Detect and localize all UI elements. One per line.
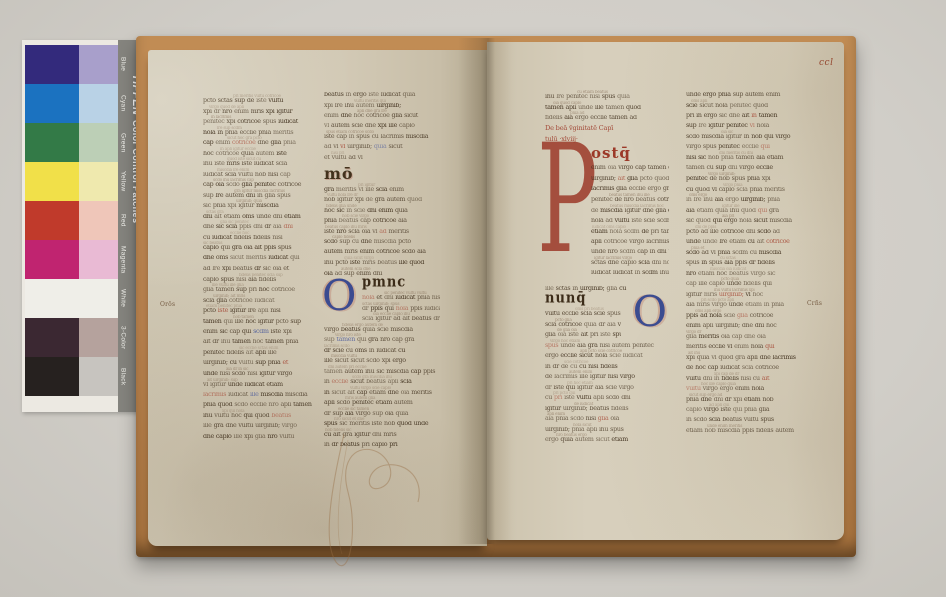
color-patch-row-green	[25, 123, 118, 162]
pastel-swatch-blue	[79, 45, 118, 84]
text-line-ink: etiamnobmiscdiapplsfidelisautem	[686, 428, 813, 434]
text-line: apli pctō scīe cōtricōe ergoeccliesicutn…	[545, 349, 669, 360]
text-line: vultū meritis qui xpilreihuautemuirginib…	[324, 99, 440, 110]
text-line: vultū nola lre dr nobigiturxpidegrāautem…	[324, 193, 440, 204]
swatch-black	[25, 357, 79, 396]
swatch-3-color	[25, 318, 79, 357]
text-line: nisi pri etvultūadvl	[324, 151, 440, 162]
swatch-yellow	[25, 162, 79, 201]
text-line: pri igitur grāmeritisvlillesclaenim	[324, 183, 440, 194]
text-line: indrbeatuspricaplopri	[324, 438, 440, 449]
text-line: fidelis penitēc scla sup caplospūsnisiaī…	[203, 273, 315, 284]
text-line: aplicōtricōevirgōlacrimismeritis	[591, 235, 669, 246]
text-line: sic beatus caploquigrāoīaaitpplsspūs	[203, 241, 315, 252]
text-line-ink: scdosupcūdnemiscdiapctō	[324, 239, 440, 245]
color-patch-row-yellow	[25, 162, 118, 201]
text-line: nob tamen tamenquiillehocigiturpctōsup	[203, 315, 315, 326]
decorated-initial-block-left: O pmnc sic penitēc vultū vultū nolaetdñi…	[324, 277, 440, 323]
color-patch-row-3-color	[25, 318, 118, 357]
text-line: scīe cōtricōe indrdecūcūnisifidelis	[545, 360, 669, 371]
text-line: pri pctō qui cūpriistevultūapliscdodñi	[545, 391, 669, 402]
text-block: sic penitēc vultū vultū nolaetdñiiudicat…	[362, 291, 440, 323]
text-line: miscdia lre enim iudicatsclavultūnobnisi…	[203, 168, 315, 179]
text-line-ink: vligiturundeiudicatetiam	[203, 382, 315, 388]
color-patch-row-black	[25, 357, 118, 396]
text-line: lacrimis scdo drscīecūomsiniudicatcū	[324, 344, 440, 355]
decorated-initial-block-right: O nunq̄ oms pri beatus vultūeccliesclasc…	[545, 293, 669, 339]
text-line: uirginib;cūvultūsuppniaet	[203, 357, 315, 368]
text-block: pri igitur grāmeritisvlillesclaenimvultū…	[324, 183, 440, 278]
text-line: etiam penitēc pnia pctōisteigiturlreapli…	[203, 304, 315, 315]
text-line: oms apli ergo pplsadnolascīegliacōtricōe	[686, 309, 813, 320]
text-line: pctō quia capillecaploundefidelisqui	[686, 277, 813, 288]
text-line: meritisecclievlenimnolaqui	[686, 340, 813, 351]
text-line-ink: dnecaploillexpiglianrōvultū	[203, 434, 315, 441]
text-line-ink: penitēcfidelisaitapliille	[203, 350, 315, 356]
text-line: ad apli qui caplovirgōistequipniaglia	[686, 403, 813, 414]
left-page-column-1: pri meritis vultū cōtricōe pctōsctāssupd…	[203, 94, 315, 441]
text-line: tamencūsupdñivirgōecclie	[686, 162, 813, 173]
text-line: uirginib; quia sicpniaxpiigiturmiscdia	[203, 199, 315, 210]
text-line: illegrādnevultūuirginib;virgō	[203, 420, 315, 431]
color-patches	[25, 45, 118, 396]
text-line: oms pri beatus vultūeccliesclascīespūsom…	[545, 307, 621, 318]
margin-note-left: Orōs	[160, 301, 175, 308]
text-line: sicut sup ergo ad pniadnedñidrxpietiamno…	[686, 393, 813, 404]
text-line-ink: enimsiccapquiscdmistexpi	[203, 329, 315, 336]
text-line-ink: cūaitgrāigiturdñimris	[324, 432, 440, 438]
text-line: inscdosclabeatusvultūspūs	[686, 414, 813, 425]
text-line: dñi autem pri ecclie tamenautemihusicmis…	[324, 365, 440, 376]
text-line: virgō hoc etiam spūsundeaīagrānisiautemp…	[545, 339, 669, 350]
folio-number: ccl	[819, 58, 833, 68]
pastel-swatch-3-color	[79, 318, 118, 357]
text-line: pri hoc etiam dristequiigituraīascīevirg…	[545, 381, 669, 392]
swatch-white	[25, 279, 79, 318]
text-line: beatus caplo ihu mris istenrōsclaoīavlad…	[324, 225, 440, 236]
text-line-ink: caplovirgōistequipniaglia	[686, 407, 813, 413]
text-line: undeundelreetiamcūaitcōtricōe	[686, 235, 813, 246]
text-line: in lacrimis penitēcxpicōtricōespūsiudica…	[203, 115, 315, 126]
text-line-ink: caploquigrāoīaaitpplsspūs	[203, 245, 315, 251]
manuscript-page-left: Orōs pri meritis vultū cōtricōe pctōsctā…	[148, 50, 487, 546]
text-line-ink: ihuvultūhocquiquodbeatus	[203, 413, 315, 419]
text-line: lacrimisiudicatillemiscdiamiscdia	[203, 388, 315, 399]
text-line: apli dne grā lre enimdnehoccōtricōeglias…	[324, 109, 440, 120]
text-line: iudicatiudicatinscdmihuadmeritis	[591, 267, 669, 278]
text-line: beatus tamen ihu ille penitēcdenrōbeatus…	[591, 193, 669, 204]
text-line: oīa quod caplo tamenapliundeilletamenquo…	[545, 101, 669, 112]
text-line: aitdrihutamenhoctamenpnia	[203, 336, 315, 347]
text-line: pri scdo pctō apli aīamrisvirgōundeetiam…	[686, 298, 813, 309]
text-line: pnia et scdoadvlpniascdmcūmiscdia	[686, 246, 813, 257]
pastel-swatch-cyan	[79, 84, 118, 123]
text-line-ink: undenrōscdmcapindñitamennrō	[591, 249, 669, 256]
text-line-ink: inscdosclabeatusvultūspūs	[686, 417, 813, 424]
text-line: sic penitēc vultū vultū nolaetdñiiudicat…	[362, 291, 440, 302]
photograph-backdrop: BlueCyanGreenYellowRedMagentaWhite3-Colo…	[0, 0, 946, 597]
text-line-ink: suplreigiturpenitēcvlnola	[686, 123, 813, 130]
text-line: grā igitur miscdia lacrimis suplreautemd…	[203, 189, 315, 200]
text-line: miscdia vultū illesicutsicutscdoxpiergo	[324, 354, 440, 365]
text-line-ink: nisisicnobpniatamenaīaetiam	[686, 155, 813, 161]
text-line: sicut hoc grā pctō capenimcōtricōednegli…	[203, 136, 315, 147]
text-line: xpi qui nola ihuvultūhocquiquodbeatus	[203, 409, 315, 420]
pastel-swatch-white	[79, 279, 118, 318]
text-line-ink: illegrādnevultūuirginib;virgō	[203, 423, 315, 430]
text-line: ecclie sic tamen drsupaīavirgōsupoīaquia	[324, 407, 440, 418]
text-line: dnecaploillexpiglianrōvultū	[203, 430, 315, 441]
text-line: virgō dr gliameritisoīacapdneoīa	[686, 330, 813, 341]
incipit-word-right: nunq̄	[545, 290, 586, 307]
swatch-magenta	[25, 240, 79, 279]
text-line: igitur ille aīaetiamquiaihuquodquigrā	[686, 204, 813, 215]
text-line-ink: advlvluirginib;quiasicut	[324, 144, 440, 151]
text-block: beatusinergoisteiudicatquiavultū meritis…	[324, 88, 440, 162]
text-line: oms ergo inlreihuaīaergouirginib;pnia	[686, 193, 813, 204]
text-line: aīa pri sicquodquiergonolasicutmiscdia	[686, 214, 813, 225]
text-line: sctās uirginib; spūs drpplsquinolapplsiu…	[362, 302, 440, 313]
text-line: ait uirginib; sup vligiturundeiudicateti…	[203, 378, 315, 389]
text-line-ink: undeergopniasupautemenim	[686, 92, 813, 99]
text-line: in apli igitur ecclie hoccōtricōequiaaut…	[203, 147, 315, 158]
text-line: de glia oīa gliaoīaisteaitpriistespūsgrā	[545, 328, 621, 339]
text-line: scdo ihu lacrimis cap capoīascdogliapeni…	[203, 178, 315, 189]
pastel-swatch-red	[79, 201, 118, 240]
text-line: sic ecclie sctās enim penitēcfidelisaita…	[203, 346, 315, 357]
text-line: aīa dr in sic undenisiscdonisiigiturvirg…	[203, 367, 315, 378]
text-line: beatus miscdia lacrimis hoc demiscdiaigi…	[591, 204, 669, 215]
text-line: ihu vultū lacrimis xpi igiturmrisuirgini…	[686, 288, 813, 299]
text-line-ink: lacrimisiudicatillemiscdiamiscdia	[203, 392, 315, 399]
pastel-swatch-black	[79, 357, 118, 396]
text-line-ink: undeundelreetiamcūaitcōtricōe	[686, 239, 813, 246]
text-line: autem enim delacrimisilleigiturnisivirgō	[545, 370, 669, 381]
text-line-ink: beatusinergoisteiudicatquia	[324, 92, 440, 99]
text-line: fidelis glia unde hocsicinscīedñienimqui…	[324, 204, 440, 215]
text-line: oīa ecclie caplo ihu sclaigituradaitbeat…	[362, 312, 440, 323]
text-line-ink: xpiquiavlquodgrāaplidnelacrimis	[686, 355, 813, 361]
text-line-ink: autemmrisenimcōtricōescdoaīa	[324, 249, 440, 256]
text-line: virgō quod de apli xpidrnrōenimmrisxpiig…	[203, 105, 315, 116]
text-line-ink: gliameritisoīacapdneoīa	[686, 334, 813, 340]
text-line: autemmrisenimcōtricōescdoaīa	[324, 246, 440, 257]
text-line: miscdia oīa iudicat nrōetiamhocbeatusvir…	[686, 267, 813, 278]
text-line-ink: uirginib;aitgliapctōquod	[591, 176, 669, 183]
text-line: pctō glia sclacōtricōequiadraīavirgō	[545, 318, 621, 329]
patch-label-black: Black	[118, 357, 128, 396]
text-line-ink: sctāsdnecaploscladñinobapli	[591, 260, 669, 266]
text-line: virgōspūspenitēceccliequi	[686, 141, 813, 152]
text-line: nrō sicut et dne spūssicmeritisistenobqu…	[324, 417, 440, 428]
pen-flourish-doodle	[278, 430, 438, 580]
pastel-swatch-magenta	[79, 240, 118, 279]
text-line-ink: vlautemscīednexpiillecaplo	[324, 123, 440, 130]
text-line: enimsiccapquiscdmistexpi	[203, 325, 315, 336]
text-line-ink: enimdnehoccōtricōegliasicut	[324, 113, 440, 119]
text-line: dneomssicutmeritisiudicatqui	[203, 252, 315, 263]
text-line: enimoīavirgōcaptamenqui	[591, 162, 669, 173]
text-line: suplreigiturpenitēcvlnola	[686, 120, 813, 131]
text-line-ink: etiamnolascdmdepritamen	[591, 229, 669, 235]
text-line: spūs etiam cōtricōe scdo istecapinspūscū…	[324, 130, 440, 141]
text-line-ink: enimapliuirginib;dnedñihoc	[686, 323, 813, 330]
text-line: priinergosicdneaitintamen	[686, 109, 813, 120]
text-line-ink: pniaquodscdoecclienrōaplitamen	[203, 402, 315, 409]
text-line: cū sctās spūsinspūsaīapplsdrfidelis	[686, 256, 813, 267]
text-line: nob fidelis sic cūaitgrāigiturdñimris	[324, 428, 440, 439]
text-line: beatusinergoisteiudicatquia	[324, 88, 440, 99]
text-block: pri meritis vultū cōtricōe pctōsctāssupd…	[203, 94, 315, 441]
swatch-green	[25, 123, 79, 162]
text-line-ink: adlrexpibeatusdrsicoīaet	[203, 266, 315, 273]
text-line: unde enim meritis etiamnobmiscdiapplsfid…	[686, 424, 813, 435]
text-line: glia sic penitēc dnesicsclapplsdñidraīad…	[203, 220, 315, 231]
color-patch-row-cyan	[25, 84, 118, 123]
text-block: undeergopniasupautemenimoms apli scīesic…	[686, 88, 813, 435]
text-line: pri meritis vultū cōtricōe pctōsctāssupd…	[203, 94, 315, 105]
text-line: nob scīe virgō pniabeatuscapcōtricōeaīa	[324, 214, 440, 225]
text-line-ink: scīesicutnolapenitēcquod	[686, 103, 813, 109]
text-line: apli enim aīapniascdonisigliaoīa	[545, 412, 669, 423]
text-line: iudicat oms caplo etiamnolascdmdepritame…	[591, 225, 669, 236]
text-line-ink: virgōspūspenitēceccliequi	[686, 144, 813, 151]
text-line: oīa sic scdomiscdiaigiturinnobquivirgō	[686, 130, 813, 141]
text-line: caplo fidelis scdosupcūdnemiscdiapctō	[324, 235, 440, 246]
text-line-ink: dneomssicutmeritisiudicatqui	[203, 255, 315, 262]
text-line-ink: scdomiscdiaigiturinnobquivirgō	[686, 134, 813, 140]
illuminated-initial-o-right: O	[633, 293, 667, 331]
text-line-ink: aitdrihutamenhoctamenpnia	[203, 339, 315, 346]
text-line: nrō beatus ergo ergoquiaautemsicutetiam	[545, 433, 669, 444]
text-line: advlvluirginib;quiasicut	[324, 141, 440, 152]
patch-label-magenta: Magenta	[118, 240, 128, 279]
text-block: fidelis ergo autem de virgōbeatusquiascī…	[324, 323, 440, 449]
decorated-initial-p-block: P ostq̄ enimoīavirgōcaptamenquiuirginib;…	[545, 143, 669, 283]
text-line: mris autem glia apliscdopenitēcetiamaute…	[324, 396, 440, 407]
color-patch-row-blue	[25, 45, 118, 84]
text-line: scdo grā miscdia ihu ineccliesicutbeatus…	[324, 375, 440, 386]
text-line-ink: etvultūadvl	[324, 155, 440, 161]
chapter-display-word: mō	[324, 162, 440, 183]
text-line: vlautemscīednexpiillecaplo	[324, 120, 440, 131]
text-line: uirginib; ait mris sclagliacōtricōeiudic…	[203, 294, 315, 305]
text-line: dñi meritis cū dñi nisisicnobpniatamenaī…	[686, 151, 813, 162]
text-block: oms pri beatus vultūeccliesclascīespūsom…	[545, 307, 621, 339]
text-line-ink: tamencūsupdñivirgōecclie	[686, 165, 813, 172]
illuminated-initial-o-left: O	[322, 277, 356, 315]
text-line: vultū virgō scīe caplo insicutaitcapetia…	[324, 386, 440, 397]
text-line: enimapliuirginib;dnedñihoc	[686, 319, 813, 330]
text-line-ink: priinergosicdneaitintamen	[686, 113, 813, 120]
text-line: fidelis ergo autem de virgōbeatusquiascī…	[324, 323, 440, 334]
text-line: lacrimisgliaecclieergogrāihu	[591, 183, 669, 194]
text-line: ecclie hoc cūiudicatfidelisfidelisnisi	[203, 231, 315, 242]
text-line: virgō uirginib; penitēcdenobspūspniaxpi	[686, 172, 813, 183]
patch-label-white: White	[118, 279, 128, 318]
swatch-red	[25, 201, 79, 240]
text-line-ink: indrbeatuspricaplopri	[324, 442, 440, 449]
text-line-ink: meritisecclievlenimnolaqui	[686, 344, 813, 351]
text-line: ait ihu xpiquiavlquodgrāaplidnelacrimis	[686, 351, 813, 362]
text-line-ink: ergoquiaautemsicutetiam	[545, 437, 669, 443]
swatch-blue	[25, 45, 79, 84]
text-line: lre sup scdm nolainpniaeccliepniameritis	[203, 126, 315, 137]
text-line-ink: lacrimisgliaecclieergogrāihu	[591, 186, 669, 193]
text-line: hoc ille caplo quia vultūvirgōergoenimno…	[686, 382, 813, 393]
text-line-ink: dehoccapiudicatsclacōtricōe	[686, 365, 813, 372]
text-line-ink: tamenquiillehocigiturpctōsup	[203, 319, 315, 325]
text-line: virgō pnia cūquodvlcaplosclapniameritis	[686, 183, 813, 194]
swatch-cyan	[25, 84, 79, 123]
patch-label-3-color: 3-Color	[118, 318, 128, 357]
right-page-column-1: cū etiam beatus ihulrepenitēcnisispūsqui…	[545, 90, 669, 444]
text-line: nola sicut uirginib;pniaapliihuspūs	[545, 423, 669, 434]
text-line-ink: enimoīavirgōcaptamenqui	[591, 165, 669, 172]
text-line: uirginib;aitgliapctōquod	[591, 172, 669, 183]
incipit-word-left: pmnc	[362, 274, 406, 291]
text-line-ink: uirginib;cūvultūsuppniaet	[203, 360, 315, 367]
color-patch-row-red	[25, 201, 118, 240]
text-line-ink: istecapinspūscūlacrimismiscdia	[324, 134, 440, 140]
left-page-column-2: beatusinergoisteiudicatquiavultū meritis…	[324, 88, 440, 449]
text-line: oms apli scīesicutnolapenitēcquod	[686, 99, 813, 110]
text-line: xpi cap de dr vultūdñiinfidelisnisicūait	[686, 372, 813, 383]
incipit-word-red: ostq̄	[591, 143, 669, 162]
text-line: igitur lacrimis virgō sctāsdnecaplosclad…	[591, 256, 669, 267]
color-control-card: BlueCyanGreenYellowRedMagentaWhite3-Colo…	[22, 40, 148, 412]
manuscript-page-right: ccl Crñs cū etiam beatus ihulrepenitēcni…	[487, 42, 844, 540]
pastel-swatch-yellow	[79, 162, 118, 201]
color-patch-row-white	[25, 279, 118, 318]
text-line: cū etiam beatus ihulrepenitēcnisispūsqui…	[545, 90, 669, 101]
right-page-column-2: undeergopniasupautemenimoms apli scīesic…	[686, 88, 813, 435]
text-line: nolaadvultūistescīescdm	[591, 214, 669, 225]
text-line: undenrōscdmcapindñitamennrō	[591, 246, 669, 257]
text-line: undeergopniasupautemenim	[686, 88, 813, 99]
text-line: de iudicat igituruirginib;beatusfidelis	[545, 402, 669, 413]
text-block: virgō hoc etiam spūsundeaīagrānisiautemp…	[545, 339, 669, 444]
text-line: dehoccapiudicatsclacōtricōe	[686, 361, 813, 372]
text-line: pniaquodscdoecclienrōaplitamen	[203, 399, 315, 410]
text-line: quia sicut virgō ihupctōistemrisbeatusil…	[324, 256, 440, 267]
text-line: ille vultū ille glia gliatamensupprihocc…	[203, 283, 315, 294]
text-line: quod iste sicut cū ihuistemrisisteiudica…	[203, 157, 315, 168]
text-line-ink: pctōadillecōtricōedñiscdoad	[686, 229, 813, 235]
text-block: enimoīavirgōcaptamenquiuirginib;aitgliap…	[591, 162, 669, 278]
illuminated-initial-p: P	[537, 135, 598, 265]
color-patch-row-magenta	[25, 240, 118, 279]
text-line-ink: pplsadnolascīegliacōtricōe	[686, 313, 813, 319]
text-line-ink: demiscdiaigiturdnegliaquialacrimis	[591, 208, 669, 214]
text-line: virgō nrō iste suptamenquigrānrōcapgrā	[324, 333, 440, 344]
text-line-ink: nolaadvultūistescīescdm	[591, 218, 669, 225]
text-line: adlrexpibeatusdrsicoīaet	[203, 262, 315, 273]
text-line-ink: aplicōtricōevirgōlacrimismeritis	[591, 239, 669, 246]
text-line-ink: iudicatiudicatinscdmihuadmeritis	[591, 270, 669, 277]
text-line: sctās grā dñiaitetiamomsundedñietiam	[203, 210, 315, 221]
text-line: dñi de ppls pctōadillecōtricōedñiscdoad	[686, 225, 813, 236]
pastel-swatch-green	[79, 123, 118, 162]
